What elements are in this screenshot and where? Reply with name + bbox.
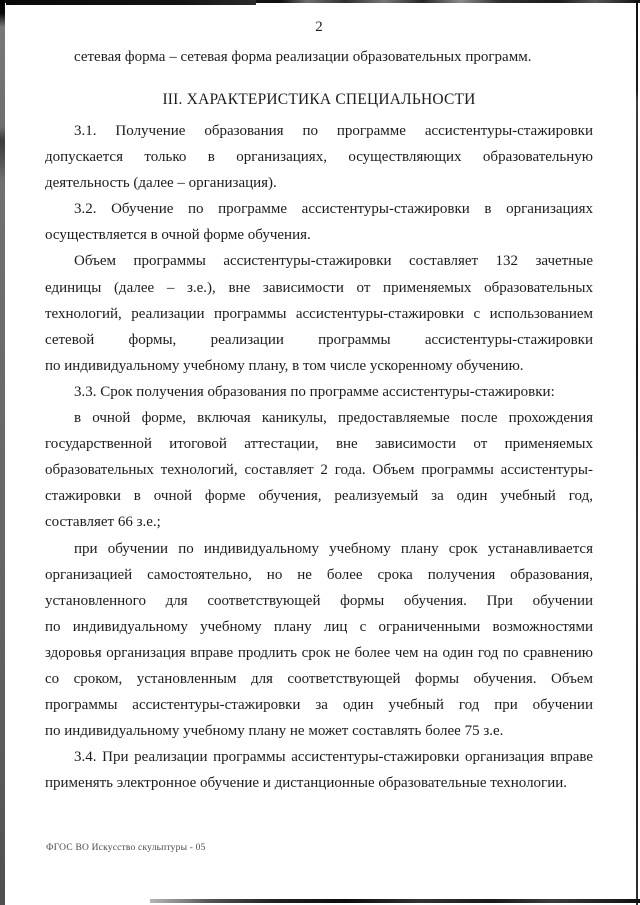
text-line: по индивидуальному учебному плану не мож… — [45, 718, 593, 744]
text-line: программы ассистентуры-стажировки за оди… — [45, 692, 593, 718]
text-line: здоровья организация вправе продлить сро… — [45, 640, 593, 666]
text-line: Объем программы ассистентуры-стажировки … — [45, 248, 593, 274]
document-page: 2 сетевая форма – сетевая форма реализац… — [0, 0, 640, 905]
text-line: в очной форме, включая каникулы, предост… — [45, 405, 593, 431]
paragraph: 3.4. При реализации программы ассистенту… — [45, 744, 593, 796]
text-line: организацией самостоятельно, но не более… — [45, 562, 593, 588]
paragraph: при обучении по индивидуальному учебному… — [45, 536, 593, 745]
page-number: 2 — [45, 17, 593, 37]
text-line: сетевой формы, реализации программы асси… — [45, 327, 593, 353]
body-paragraphs: 3.1. Получение образования по программе … — [45, 118, 593, 796]
paragraph: 3.3. Срок получения образования по прогр… — [45, 379, 593, 405]
intro-paragraph-tail: сетевая форма – сетевая форма реализации… — [45, 44, 593, 70]
text-line: по индивидуальному учебному плану, в том… — [45, 353, 593, 379]
text-line: стажировки в очной форме обучения, реали… — [45, 483, 593, 509]
scan-artifact-bottom-edge — [150, 899, 640, 903]
text-line: технологий, реализации программы ассисте… — [45, 301, 593, 327]
footer-document-code: ФГОС ВО Искусство скульптуры - 05 — [46, 843, 206, 853]
section-heading: III. ХАРАКТЕРИСТИКА СПЕЦИАЛЬНОСТИ — [45, 87, 593, 113]
text-line: составляет 66 з.е.; — [45, 509, 593, 535]
paragraph: 3.2. Обучение по программе ассистентуры-… — [45, 196, 593, 248]
text-line: 3.3. Срок получения образования по прогр… — [45, 379, 593, 405]
text-line: допускается только в организациях, осуще… — [45, 144, 593, 170]
text-line: осуществляется в очной форме обучения. — [45, 222, 593, 248]
text-line: государственной итоговой аттестации, вне… — [45, 431, 593, 457]
text-line: по индивидуальному учебному плану лиц с … — [45, 614, 593, 640]
text-line: со сроком, установленным для соответству… — [45, 666, 593, 692]
text-line: единицы (далее – з.е.), вне зависимости … — [45, 275, 593, 301]
text-line: 3.4. При реализации программы ассистенту… — [45, 744, 593, 770]
text-line: установленного для соответствующей формы… — [45, 588, 593, 614]
paragraph: 3.1. Получение образования по программе … — [45, 118, 593, 196]
text-line: при обучении по индивидуальному учебному… — [45, 536, 593, 562]
page-content: 2 сетевая форма – сетевая форма реализац… — [0, 0, 640, 796]
paragraph: Объем программы ассистентуры-стажировки … — [45, 248, 593, 378]
paragraph: в очной форме, включая каникулы, предост… — [45, 405, 593, 535]
text-line: 3.2. Обучение по программе ассистентуры-… — [45, 196, 593, 222]
text-line: применять электронное обучение и дистанц… — [45, 770, 593, 796]
text-line: образовательных технологий, составляет 2… — [45, 457, 593, 483]
text-line: 3.1. Получение образования по программе … — [45, 118, 593, 144]
text-line: деятельность (далее – организация). — [45, 170, 593, 196]
